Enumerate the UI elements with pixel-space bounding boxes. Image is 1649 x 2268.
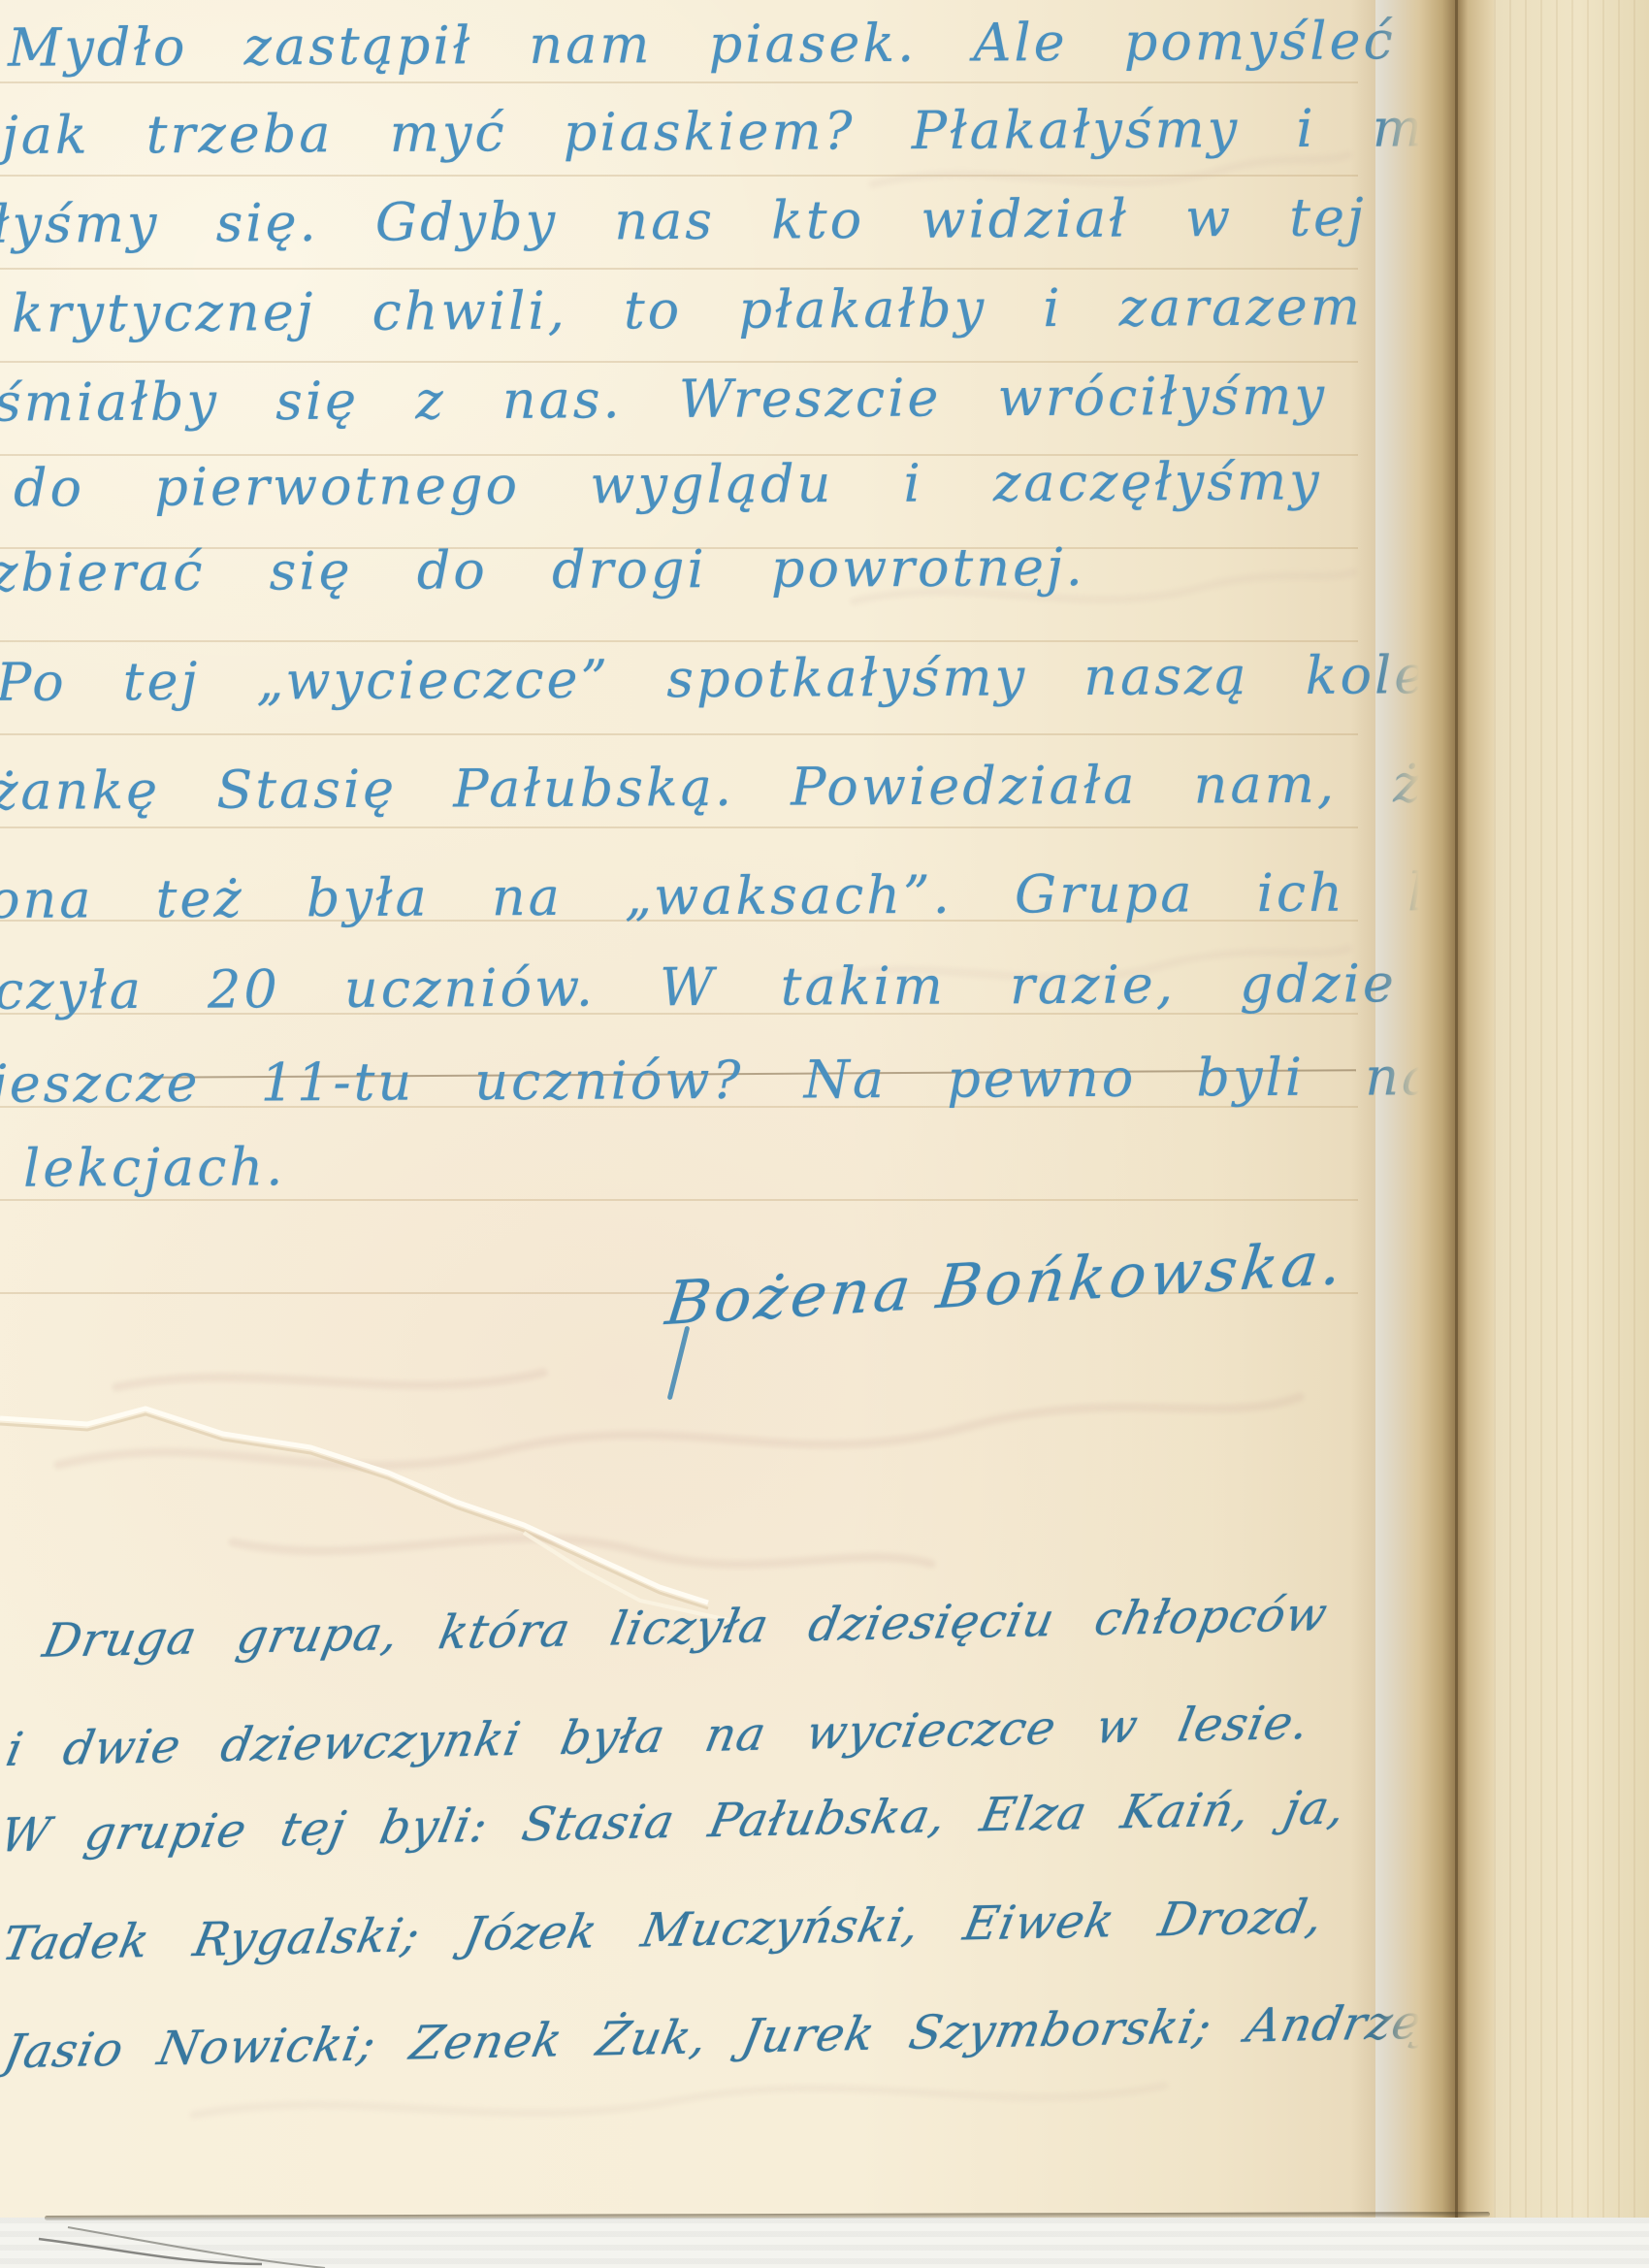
scanned-document: { "document": { "kind": "handwritten not… [0, 0, 1649, 2268]
scanner-debris-hairs [0, 0, 1649, 2268]
